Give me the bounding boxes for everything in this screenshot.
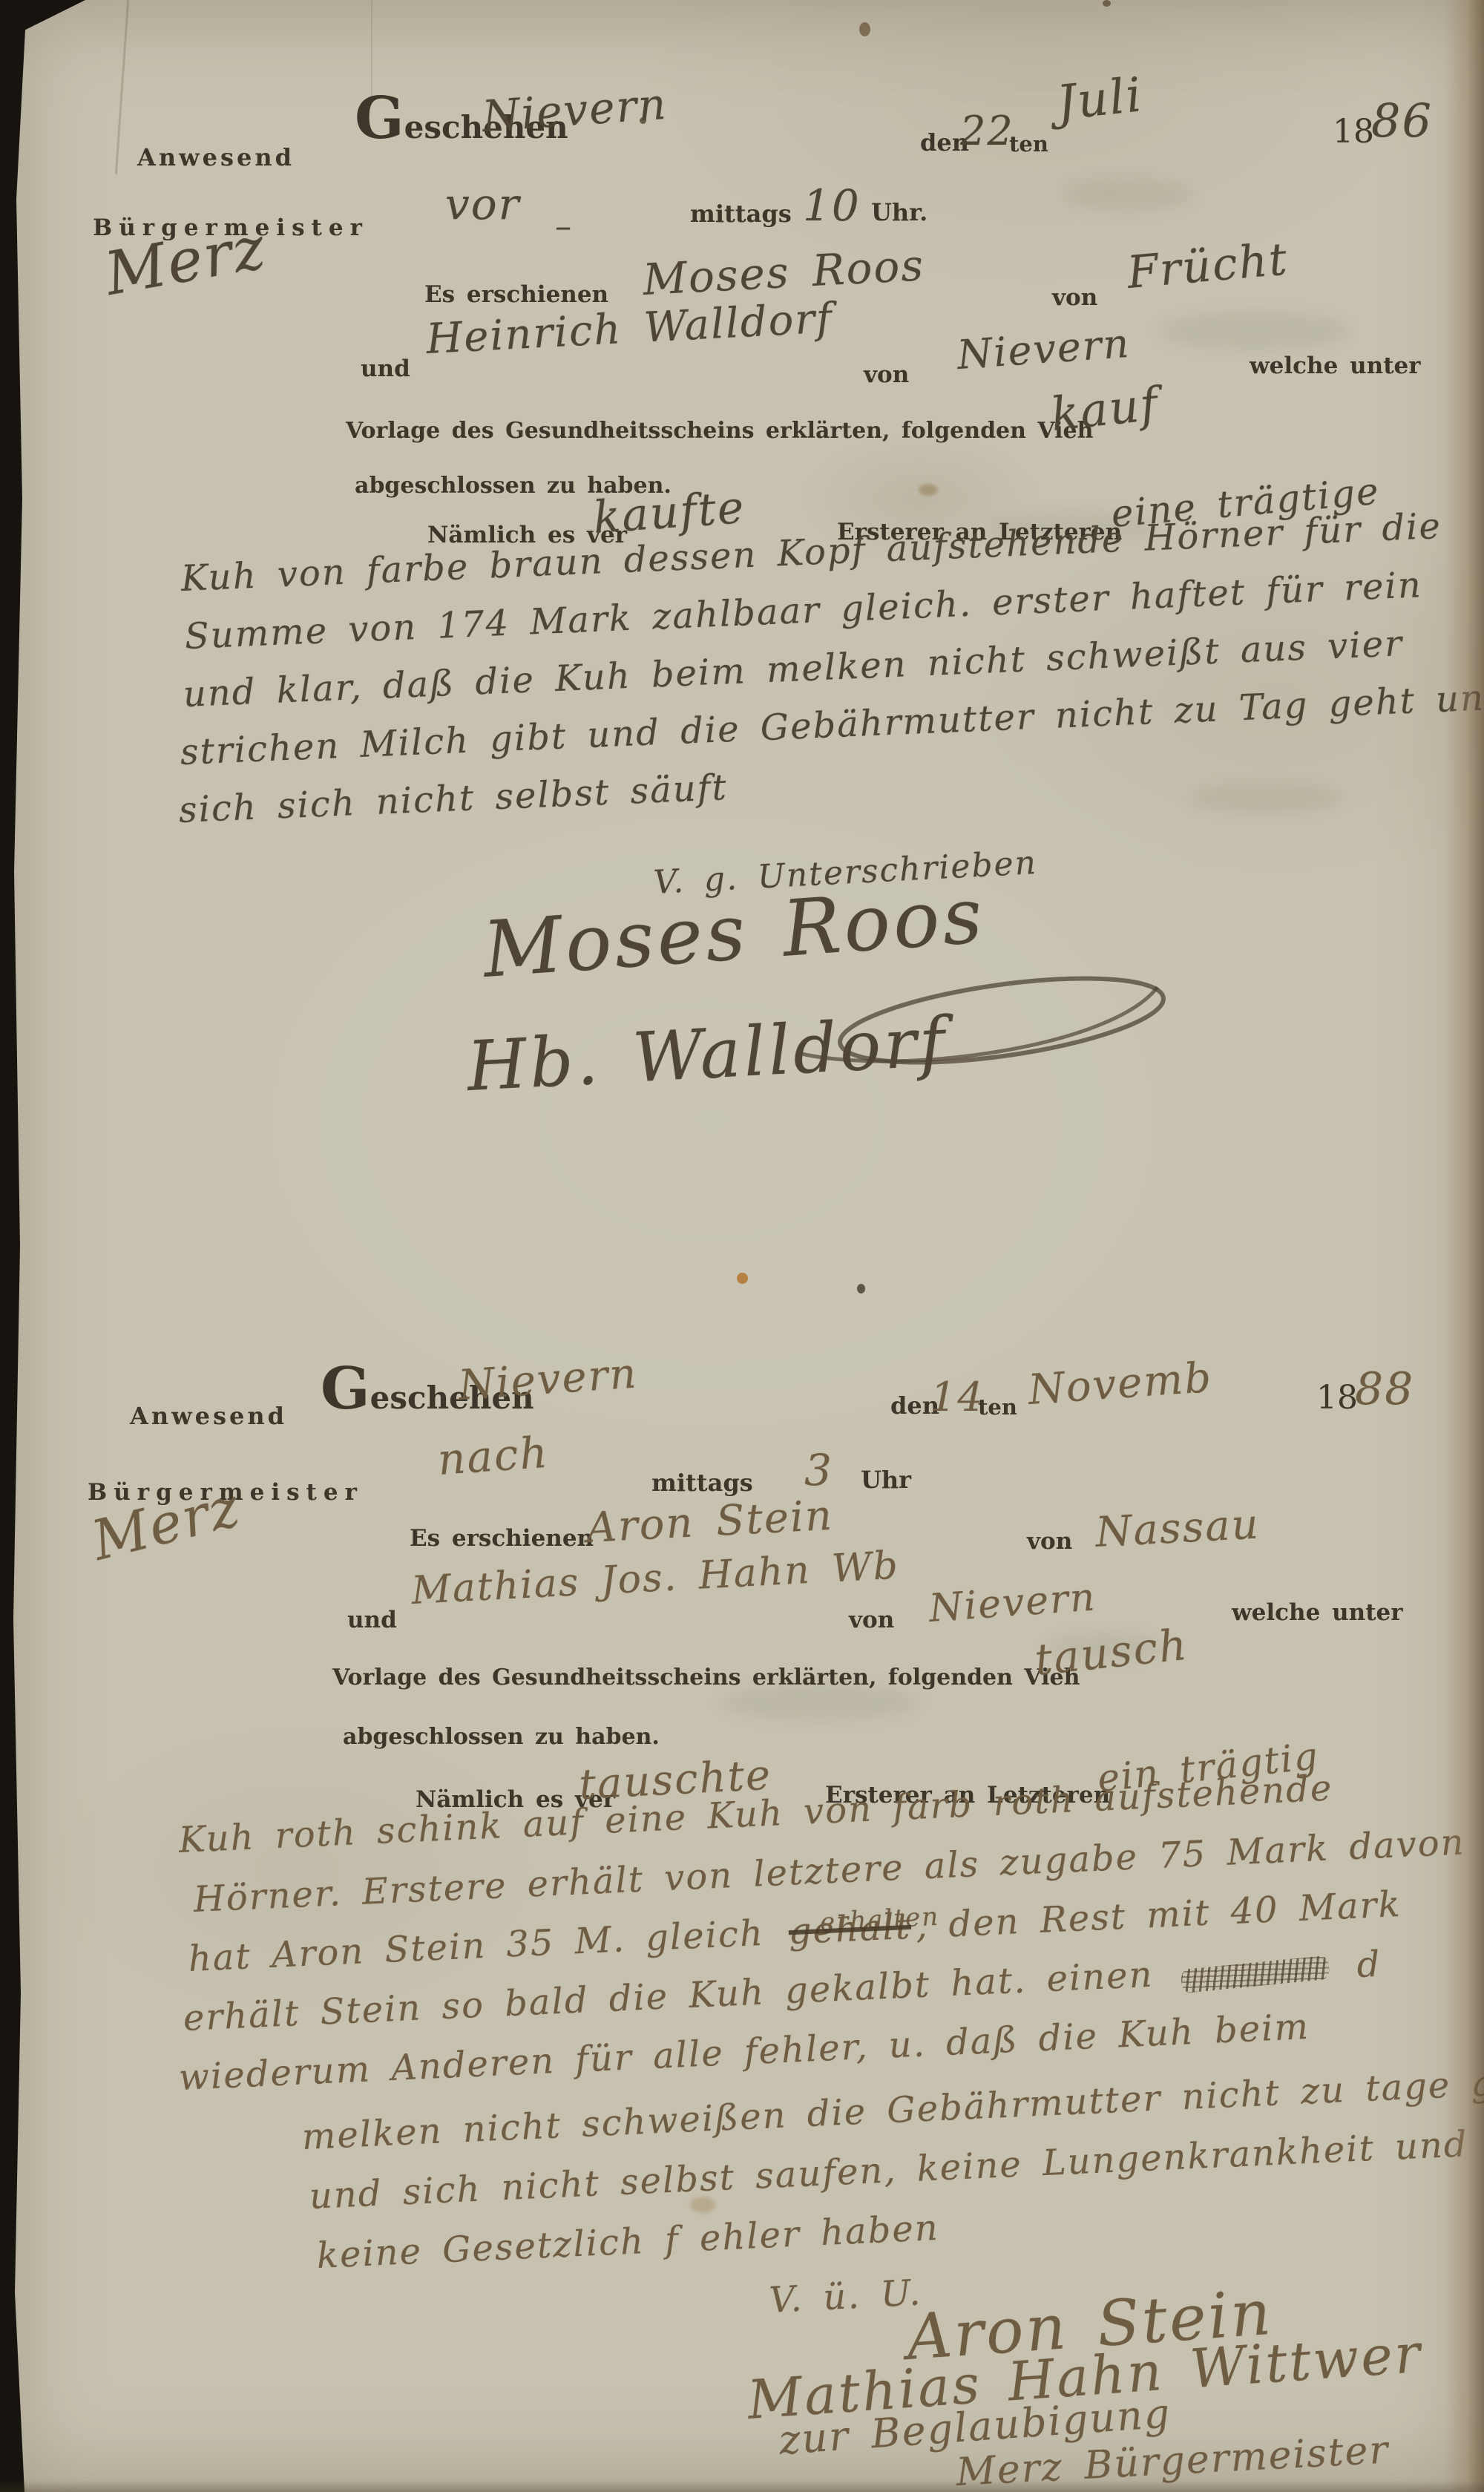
- scan-edge-left: [0, 0, 89, 2492]
- ink-spot: [859, 22, 870, 36]
- es-erschienen-label: Es erschienen: [410, 1527, 594, 1550]
- und-label: und: [361, 358, 410, 381]
- deal-type-entry: tausch: [1033, 1623, 1190, 1682]
- crease-line: [371, 0, 372, 96]
- uhr-label: Uhr: [861, 1468, 911, 1492]
- scan-edge-bottom: [0, 2480, 1484, 2492]
- ten-label: ten: [1009, 134, 1048, 155]
- crease-line: [115, 0, 129, 174]
- welche-unter-label: welche unter: [1250, 355, 1421, 378]
- place1-entry: Nassau: [1094, 1504, 1261, 1554]
- day-entry: 22: [960, 111, 1014, 151]
- body-line: sich sich nicht selbst säuft: [178, 770, 729, 828]
- daypart-entry: vor: [445, 183, 520, 226]
- body-line: keine Gesetzlich f ehler haben: [316, 2210, 940, 2274]
- ghost-smudge: [1187, 783, 1343, 813]
- year-printed: 18: [1316, 1382, 1358, 1414]
- register-page: Geschehen Nievern den 22 ten Juli 18 86 …: [0, 0, 1484, 2492]
- es-erschienen-label: Es erschienen: [424, 283, 608, 306]
- place-entry: Nievern: [457, 1353, 639, 1407]
- year-printed: 18: [1333, 116, 1374, 148]
- von-label: von: [849, 1609, 894, 1632]
- body-text: hat Aron Stein 35 M. gleich: [188, 1912, 765, 1980]
- anwesend-label: Anwesend: [130, 1404, 287, 1428]
- ink-spot: [857, 1284, 865, 1293]
- stain: [737, 1273, 748, 1284]
- uhr-label: Uhr.: [871, 200, 927, 224]
- von-label: von: [864, 364, 909, 387]
- verb-entry: kaufte: [592, 485, 746, 540]
- daypart-entry: nach: [436, 1431, 550, 1481]
- party1-entry: Moses Roos: [642, 243, 925, 301]
- stain: [919, 484, 938, 496]
- party1-entry: Aron Stein: [585, 1495, 834, 1550]
- vorlage-label: Vorlage des Gesundheitsscheins erklärten…: [346, 420, 1093, 442]
- closing-formula: V. ü. U.: [768, 2275, 922, 2318]
- month-entry: Novemb: [1027, 1357, 1214, 1411]
- place2-entry: Nievern: [956, 324, 1132, 376]
- von-label: von: [1052, 286, 1097, 309]
- year-entry: 86: [1371, 98, 1433, 144]
- mittags-label: mittags: [651, 1471, 753, 1495]
- deal-type-entry: kauf: [1049, 381, 1161, 438]
- ghost-smudge: [1158, 312, 1350, 350]
- party2-entry: Mathias Jos. Hahn Wb: [410, 1547, 900, 1610]
- von-label: von: [1027, 1530, 1072, 1553]
- hour-entry: 3: [804, 1449, 833, 1492]
- day-entry: 14: [930, 1377, 985, 1417]
- ten-label: ten: [978, 1397, 1017, 1418]
- welche-unter-label: welche unter: [1232, 1601, 1403, 1624]
- place2-entry: Nievern: [927, 1578, 1097, 1628]
- scan-edge-right: [1445, 0, 1484, 2492]
- ink-spot: [1103, 0, 1111, 7]
- party2-signature: Hb. Walldorf: [465, 1008, 949, 1101]
- hour-entry: 10: [803, 184, 861, 227]
- place-entry: Nievern: [481, 82, 669, 138]
- und-label: und: [347, 1609, 397, 1632]
- month-entry: Juli: [1054, 71, 1145, 128]
- body-text: d: [1356, 1944, 1382, 1986]
- place1-entry: Frücht: [1126, 237, 1290, 295]
- abgeschlossen-label: abgeschlossen zu haben.: [343, 1726, 660, 1748]
- anwesend-label: Anwesend: [137, 145, 295, 169]
- body-text: , den Rest mit 40 Mark: [915, 1883, 1402, 1947]
- struck-word: gehalt: [788, 1906, 913, 1952]
- year-entry: 88: [1355, 1367, 1414, 1411]
- dash-mark: –: [555, 211, 573, 243]
- ghost-smudge: [1061, 178, 1195, 211]
- mittags-label: mittags: [690, 202, 792, 226]
- scribbled-out-word: [1181, 1955, 1330, 1993]
- vorlage-label: Vorlage des Gesundheitsscheins erklärten…: [332, 1667, 1080, 1689]
